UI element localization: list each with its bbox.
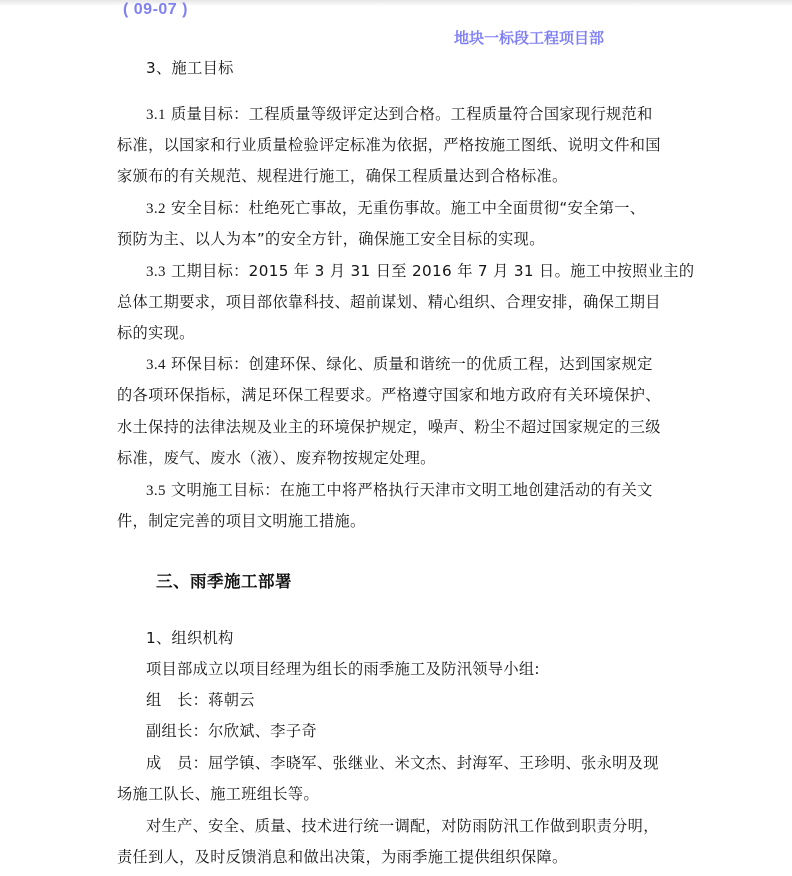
leader-name: 蒋朝云 [208, 691, 255, 709]
goal-text: 安全目标：杜绝死亡事故，无重伤事故。施工中全面贯彻“安全第一、 [171, 199, 645, 217]
deputy-names: 尔欣斌、李子奇 [208, 722, 317, 740]
deputy-row: 副组长：尔欣斌、李子奇 [146, 721, 317, 741]
goal-text: 质量目标：工程质量等级评定达到合格。工程质量符合国家现行规范和 [171, 105, 653, 123]
members-row: 成 员：屈学镇、李晓军、张继业、米文杰、封海军、王珍明、张永明及现 [146, 753, 659, 773]
goal-3-5-line-2: 件，制定完善的项目文明施工措施。 [117, 511, 366, 531]
goal-3-1-line-1: 3.1 质量目标：工程质量等级评定达到合格。工程质量符合国家现行规范和 [146, 104, 653, 125]
goal-3-2-line-2: 预防为主、以人为本”的安全方针，确保施工安全目标的实现。 [117, 229, 545, 249]
goal-text: 文明施工目标：在施工中将严格执行天津市文明工地创建活动的有关文 [171, 481, 653, 499]
goal-3-1-line-2: 标准，以国家和行业质量检验评定标准为依据，严格按施工图纸、说明文件和国 [117, 135, 661, 155]
goal-text: 环保目标：创建环保、绿化、质量和谐统一的优质工程，达到国家规定 [171, 355, 653, 373]
deputy-label: 副组长： [146, 722, 208, 740]
goal-3-2-line-1: 3.2 安全目标：杜绝死亡事故，无重伤事故。施工中全面贯彻“安全第一、 [146, 198, 645, 219]
leader-row: 组 长：蒋朝云 [146, 690, 255, 710]
duty-line-2: 责任到人，及时反馈消息和做出决策，为雨季施工提供组织保障。 [117, 847, 568, 867]
goal-3-5-line-1: 3.5 文明施工目标：在施工中将严格执行天津市文明工地创建活动的有关文 [146, 480, 653, 501]
page-top-shadow [0, 0, 792, 6]
goal-3-4-line-4: 标准，废气、废水（液）、废弃物按规定处理。 [117, 448, 436, 468]
goal-3-1-line-3: 家颁布的有关规范、规程进行施工，确保工程质量达到合格标准。 [117, 166, 568, 186]
duty-line-1: 对生产、安全、质量、技术进行统一调配，对防雨防汛工作做到职责分明， [146, 816, 659, 836]
goal-3-3-line-1: 3.3 工期目标：2015 年 3 月 31 日至 2016 年 7 月 31 … [146, 261, 694, 282]
goals-heading: 3、施工目标 [146, 58, 234, 78]
section-heading-rain-season: 三、雨季施工部署 [156, 568, 292, 592]
goal-3-4-line-1: 3.4 环保目标：创建环保、绿化、质量和谐统一的优质工程，达到国家规定 [146, 354, 653, 375]
members-row-continued: 场施工队长、施工班组长等。 [117, 784, 319, 804]
goal-number: 3.3 [146, 264, 166, 280]
goal-number: 3.1 [146, 107, 166, 123]
org-structure-heading: 1、组织机构 [146, 628, 234, 648]
leader-label: 组 长： [146, 691, 208, 709]
goal-3-3-line-3: 标的实现。 [117, 323, 195, 343]
organization-name: 地块一标段工程项目部 [454, 27, 604, 48]
goal-3-4-line-3: 水土保持的法律法规及业主的环境保护规定，噪声、粉尘不超过国家规定的三级 [117, 417, 661, 437]
goal-number: 3.4 [146, 357, 166, 373]
goal-3-3-line-2: 总体工期要求，项目部依靠科技、超前谋划、精心组织、合理安排，确保工期目 [117, 292, 661, 312]
date-code: ( 09-07 ) [123, 1, 188, 19]
goal-3-4-line-2: 的各项环保指标，满足环保工程要求。严格遵守国家和地方政府有关环境保护、 [117, 385, 661, 405]
org-intro: 项目部成立以项目经理为组长的雨季施工及防汛领导小组: [146, 659, 540, 679]
goal-text: 工期目标：2015 年 3 月 31 日至 2016 年 7 月 31 日。施工… [171, 262, 694, 280]
members-names: 屈学镇、李晓军、张继业、米文杰、封海军、王珍明、张永明及现 [208, 754, 659, 772]
goal-number: 3.5 [146, 483, 166, 499]
goal-number: 3.2 [146, 201, 166, 217]
members-label: 成 员： [146, 754, 208, 772]
